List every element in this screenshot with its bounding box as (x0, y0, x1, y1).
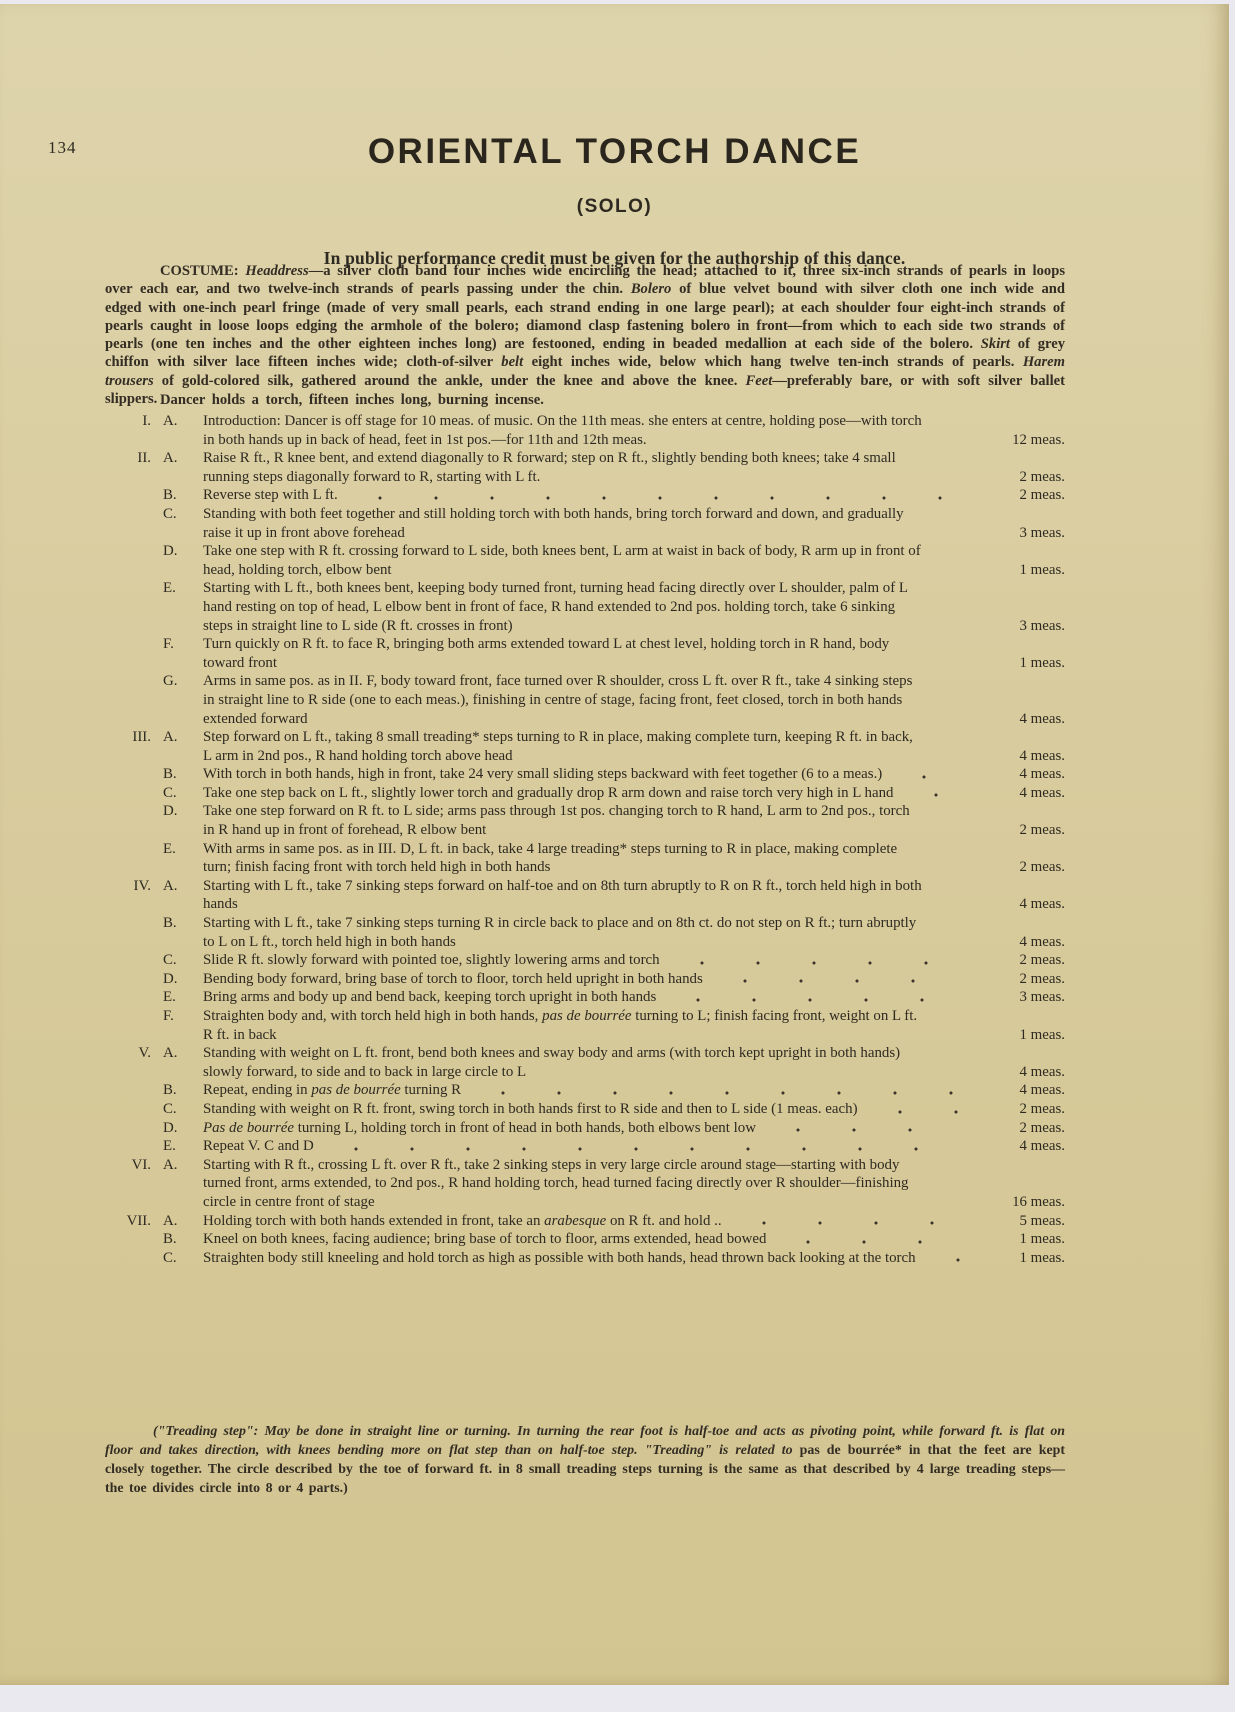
section-numeral (105, 802, 163, 839)
step-letter: C. (163, 505, 203, 542)
dance-step-row: E.With arms in same pos. as in III. D, L… (105, 840, 1065, 877)
step-measures: 4 meas. (973, 895, 1065, 914)
dot-leader (930, 1257, 963, 1263)
step-text: Starting with L ft., take 7 sinking step… (203, 914, 923, 951)
step-text: Standing with weight on R ft. front, swi… (203, 1100, 858, 1119)
step-letter: D. (163, 1119, 203, 1138)
dot-leader (937, 1202, 963, 1208)
section-numeral (105, 914, 163, 951)
step-text: Introduction: Dancer is off stage for 10… (203, 412, 923, 449)
section-numeral: VI. (105, 1156, 163, 1212)
dance-step-row: II.A.Raise R ft., R knee bent, and exten… (105, 449, 1065, 486)
scanned-book-page: 134 ORIENTAL TORCH DANCE (SOLO) In publi… (0, 4, 1229, 1685)
step-letter: B. (163, 765, 203, 784)
step-text: Bending body forward, bring base of torc… (203, 970, 703, 989)
dot-leader (328, 1146, 963, 1152)
treading-step-footnote: ("Treading step": May be done in straigh… (105, 1422, 1065, 1498)
dot-leader (937, 532, 963, 538)
dance-step-row: E.Repeat V. C and D4 meas. (105, 1137, 1065, 1156)
step-measures: 4 meas. (973, 747, 1065, 766)
section-numeral (105, 486, 163, 505)
dance-step-row: VII.A.Holding torch with both hands exte… (105, 1212, 1065, 1231)
step-text: Straighten body still kneeling and hold … (203, 1249, 916, 1268)
section-numeral (105, 951, 163, 970)
step-measures: 1 meas. (973, 1026, 1065, 1045)
step-text: Take one step forward on R ft. to L side… (203, 802, 923, 839)
step-measures: 1 meas. (973, 1249, 1065, 1268)
section-numeral (105, 970, 163, 989)
dance-step-row: B.Reverse step with L ft.2 meas. (105, 486, 1065, 505)
step-letter: C. (163, 784, 203, 803)
step-measures: 5 meas. (973, 1212, 1065, 1231)
step-letter: C. (163, 1100, 203, 1119)
dot-leader (937, 1034, 963, 1040)
step-letter: F. (163, 635, 203, 672)
dancer-note: Dancer holds a torch, fifteen inches lon… (105, 392, 1065, 409)
step-measures: 2 meas. (973, 468, 1065, 487)
step-text: Turn quickly on R ft. to face R, bringin… (203, 635, 923, 672)
step-measures: 2 meas. (973, 1100, 1065, 1119)
section-numeral (105, 1137, 163, 1156)
section-numeral: VII. (105, 1212, 163, 1231)
section-numeral (105, 840, 163, 877)
section-numeral (105, 1119, 163, 1138)
step-measures: 4 meas. (973, 784, 1065, 803)
dance-steps-list: I.A.Introduction: Dancer is off stage fo… (105, 412, 1065, 1267)
step-measures: 4 meas. (973, 1081, 1065, 1100)
step-letter: A. (163, 877, 203, 914)
step-letter: E. (163, 988, 203, 1007)
step-measures: 3 meas. (973, 617, 1065, 636)
dot-leader (896, 774, 963, 780)
step-measures: 1 meas. (973, 561, 1065, 580)
section-numeral: III. (105, 728, 163, 765)
section-numeral (105, 988, 163, 1007)
section-numeral (105, 1230, 163, 1249)
dance-step-row: B.With torch in both hands, high in fron… (105, 765, 1065, 784)
dot-leader (872, 1109, 963, 1115)
step-text: With torch in both hands, high in front,… (203, 765, 882, 784)
step-letter: A. (163, 412, 203, 449)
step-measures: 4 meas. (973, 933, 1065, 952)
dance-step-row: C.Take one step back on L ft., slightly … (105, 784, 1065, 803)
dance-step-row: VI.A.Starting with R ft., crossing L ft.… (105, 1156, 1065, 1212)
dot-leader (717, 978, 963, 984)
dance-step-row: C.Standing with both feet together and s… (105, 505, 1065, 542)
section-numeral (105, 579, 163, 635)
section-numeral: I. (105, 412, 163, 449)
dot-leader (770, 1127, 963, 1133)
dot-leader (352, 495, 963, 501)
dance-step-row: IV.A.Starting with L ft., take 7 sinking… (105, 877, 1065, 914)
step-letter: D. (163, 970, 203, 989)
dot-leader (736, 1220, 963, 1226)
step-measures: 1 meas. (973, 654, 1065, 673)
step-letter: B. (163, 1230, 203, 1249)
dot-leader (937, 830, 963, 836)
step-measures: 16 meas. (973, 1193, 1065, 1212)
section-numeral (105, 1249, 163, 1268)
dance-step-row: G.Arms in same pos. as in II. F, body to… (105, 672, 1065, 728)
step-letter: F. (163, 1007, 203, 1044)
dot-leader (674, 960, 963, 966)
step-letter: B. (163, 914, 203, 951)
dance-step-row: F.Straighten body and, with torch held h… (105, 1007, 1065, 1044)
step-text: Straighten body and, with torch held hig… (203, 1007, 923, 1044)
dot-leader (670, 997, 963, 1003)
dot-leader (475, 1090, 963, 1096)
dot-leader (937, 439, 963, 445)
dot-leader (937, 625, 963, 631)
step-letter: E. (163, 840, 203, 877)
dance-step-row: F.Turn quickly on R ft. to face R, bring… (105, 635, 1065, 672)
step-letter: D. (163, 802, 203, 839)
step-text: Take one step with R ft. crossing forwar… (203, 542, 923, 579)
step-text: Arms in same pos. as in II. F, body towa… (203, 672, 923, 728)
dot-leader (937, 904, 963, 910)
dance-step-row: C.Slide R ft. slowly forward with pointe… (105, 951, 1065, 970)
step-text: Repeat, ending in pas de bourrée turning… (203, 1081, 461, 1100)
section-numeral (105, 1081, 163, 1100)
step-text: Starting with L ft., both knees bent, ke… (203, 579, 923, 635)
step-letter: A. (163, 449, 203, 486)
section-numeral: IV. (105, 877, 163, 914)
step-letter: B. (163, 1081, 203, 1100)
step-text: Standing with weight on L ft. front, ben… (203, 1044, 923, 1081)
section-numeral: II. (105, 449, 163, 486)
section-numeral (105, 542, 163, 579)
dot-leader (937, 662, 963, 668)
step-measures: 12 meas. (973, 431, 1065, 450)
step-measures: 3 meas. (973, 988, 1065, 1007)
dance-step-row: E.Bring arms and body up and bend back, … (105, 988, 1065, 1007)
page-subtitle: (SOLO) (0, 196, 1229, 218)
step-measures: 2 meas. (973, 970, 1065, 989)
step-text: Holding torch with both hands extended i… (203, 1212, 722, 1231)
page-title: ORIENTAL TORCH DANCE (0, 4, 1229, 172)
step-measures: 2 meas. (973, 1119, 1065, 1138)
dance-step-row: C.Straighten body still kneeling and hol… (105, 1249, 1065, 1268)
dance-step-row: B.Starting with L ft., take 7 sinking st… (105, 914, 1065, 951)
section-numeral (105, 672, 163, 728)
step-text: Starting with R ft., crossing L ft. over… (203, 1156, 923, 1212)
dot-leader (937, 476, 963, 482)
step-text: Bring arms and body up and bend back, ke… (203, 988, 656, 1007)
dance-step-row: I.A.Introduction: Dancer is off stage fo… (105, 412, 1065, 449)
step-text: Standing with both feet together and sti… (203, 505, 923, 542)
dance-step-row: V.A.Standing with weight on L ft. front,… (105, 1044, 1065, 1081)
dot-leader (937, 941, 963, 947)
dot-leader (937, 569, 963, 575)
step-text: Starting with L ft., take 7 sinking step… (203, 877, 923, 914)
step-text: Slide R ft. slowly forward with pointed … (203, 951, 660, 970)
step-measures: 3 meas. (973, 524, 1065, 543)
step-measures: 2 meas. (973, 951, 1065, 970)
step-letter: B. (163, 486, 203, 505)
step-text: Kneel on both knees, facing audience; br… (203, 1230, 766, 1249)
dance-step-row: D.Take one step forward on R ft. to L si… (105, 802, 1065, 839)
step-letter: G. (163, 672, 203, 728)
dot-leader (937, 718, 963, 724)
dance-step-row: D.Take one step with R ft. crossing forw… (105, 542, 1065, 579)
step-letter: D. (163, 542, 203, 579)
dot-leader (937, 867, 963, 873)
step-measures: 4 meas. (973, 765, 1065, 784)
step-measures: 2 meas. (973, 821, 1065, 840)
step-measures: 4 meas. (973, 1137, 1065, 1156)
step-text: Take one step back on L ft., slightly lo… (203, 784, 894, 803)
costume-paragraph: COSTUME: Headdress—a silver cloth band f… (105, 262, 1065, 408)
step-measures: 4 meas. (973, 710, 1065, 729)
dance-step-row: C.Standing with weight on R ft. front, s… (105, 1100, 1065, 1119)
step-letter: A. (163, 728, 203, 765)
step-letter: E. (163, 1137, 203, 1156)
step-text: With arms in same pos. as in III. D, L f… (203, 840, 923, 877)
step-letter: A. (163, 1212, 203, 1231)
dot-leader (780, 1239, 963, 1245)
step-measures: 2 meas. (973, 486, 1065, 505)
step-letter: C. (163, 951, 203, 970)
dot-leader (908, 792, 964, 798)
section-numeral: V. (105, 1044, 163, 1081)
section-numeral (105, 765, 163, 784)
step-letter: C. (163, 1249, 203, 1268)
dance-step-row: D.Bending body forward, bring base of to… (105, 970, 1065, 989)
dance-step-row: E.Starting with L ft., both knees bent, … (105, 579, 1065, 635)
step-text: Repeat V. C and D (203, 1137, 314, 1156)
section-numeral (105, 1100, 163, 1119)
step-text: Pas de bourrée turning L, holding torch … (203, 1119, 756, 1138)
section-numeral (105, 635, 163, 672)
step-measures: 2 meas. (973, 858, 1065, 877)
dance-step-row: D.Pas de bourrée turning L, holding torc… (105, 1119, 1065, 1138)
step-text: Reverse step with L ft. (203, 486, 338, 505)
step-measures: 1 meas. (973, 1230, 1065, 1249)
step-letter: E. (163, 579, 203, 635)
dance-step-row: III.A.Step forward on L ft., taking 8 sm… (105, 728, 1065, 765)
step-letter: A. (163, 1044, 203, 1081)
step-text: Raise R ft., R knee bent, and extend dia… (203, 449, 923, 486)
dance-step-row: B.Repeat, ending in pas de bourrée turni… (105, 1081, 1065, 1100)
dance-step-row: B.Kneel on both knees, facing audience; … (105, 1230, 1065, 1249)
step-letter: A. (163, 1156, 203, 1212)
step-measures: 4 meas. (973, 1063, 1065, 1082)
section-numeral (105, 1007, 163, 1044)
step-text: Step forward on L ft., taking 8 small tr… (203, 728, 923, 765)
section-numeral (105, 505, 163, 542)
section-numeral (105, 784, 163, 803)
dot-leader (937, 1071, 963, 1077)
page-number: 134 (48, 138, 77, 158)
dot-leader (937, 755, 963, 761)
